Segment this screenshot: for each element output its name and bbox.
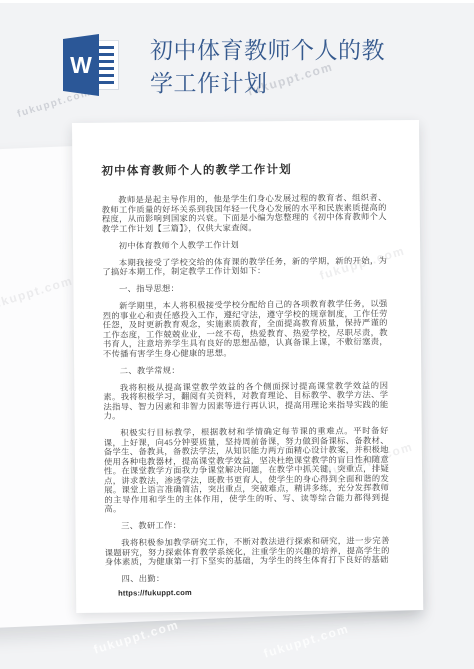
document-paragraph: 教师是是起主导作用的，他是学生们身心发展过程的教育者、组织者、教师工作质量的好坏… [102, 193, 387, 233]
top-strip [0, 0, 474, 3]
word-icon-letter: W [70, 52, 92, 79]
document-paragraph: 初中体育教师个人教学工作计划 [102, 239, 387, 251]
document-preview-page: 初中体育教师个人的教学工作计划 教师是是起主导作用的，他是学生们身心发展过程的教… [72, 120, 423, 613]
document-footer-url[interactable]: https://fukuppt.com [118, 588, 192, 598]
watermark: fukuppt.com [262, 621, 351, 660]
watermark: fukuppt.com [92, 617, 181, 656]
document-paragraph: 我将积极参加教学研究工作，不断对教法进行探索和研究，进一步完善课题研究，努力探索… [105, 536, 390, 567]
document-paragraph: 新学期里，本人将积极接受学校分配给自己的各项教育教学任务，以强烈的事业心和责任感… [103, 299, 388, 358]
document-body: 教师是是起主导作用的，他是学生们身心发展过程的教育者、组织者、教师工作质量的好坏… [102, 193, 390, 584]
word-w-icon: W [63, 34, 99, 96]
document-paragraph: 二、教学常规： [103, 364, 388, 376]
document-paragraph: 四、出勤： [105, 572, 390, 584]
document-title: 初中体育教师个人的教学工作计划 [101, 160, 386, 178]
document-paragraph: 三、教研工作： [104, 519, 389, 531]
document-paragraph: 我将积极从提高课堂教学效益的各个侧面探讨提高课堂教学效益的因素。我将积极学习，翻… [103, 381, 388, 421]
header: W 初中体育教师个人的教学工作计划 [63, 34, 408, 100]
word-file-icon: W [63, 34, 118, 96]
document-paragraph: 本期我接受了学校交给的体育课的教学任务，新的学期，新的开始，为了搞好本期工作，制… [102, 256, 387, 277]
document-paragraph: 一、指导思想： [102, 282, 387, 294]
document-paragraph: 积极实行目标教学，根据教材和学情确定每节课的重难点。平时备好课，上好课，向45分… [104, 426, 390, 514]
page-title: 初中体育教师个人的教学工作计划 [150, 34, 408, 100]
